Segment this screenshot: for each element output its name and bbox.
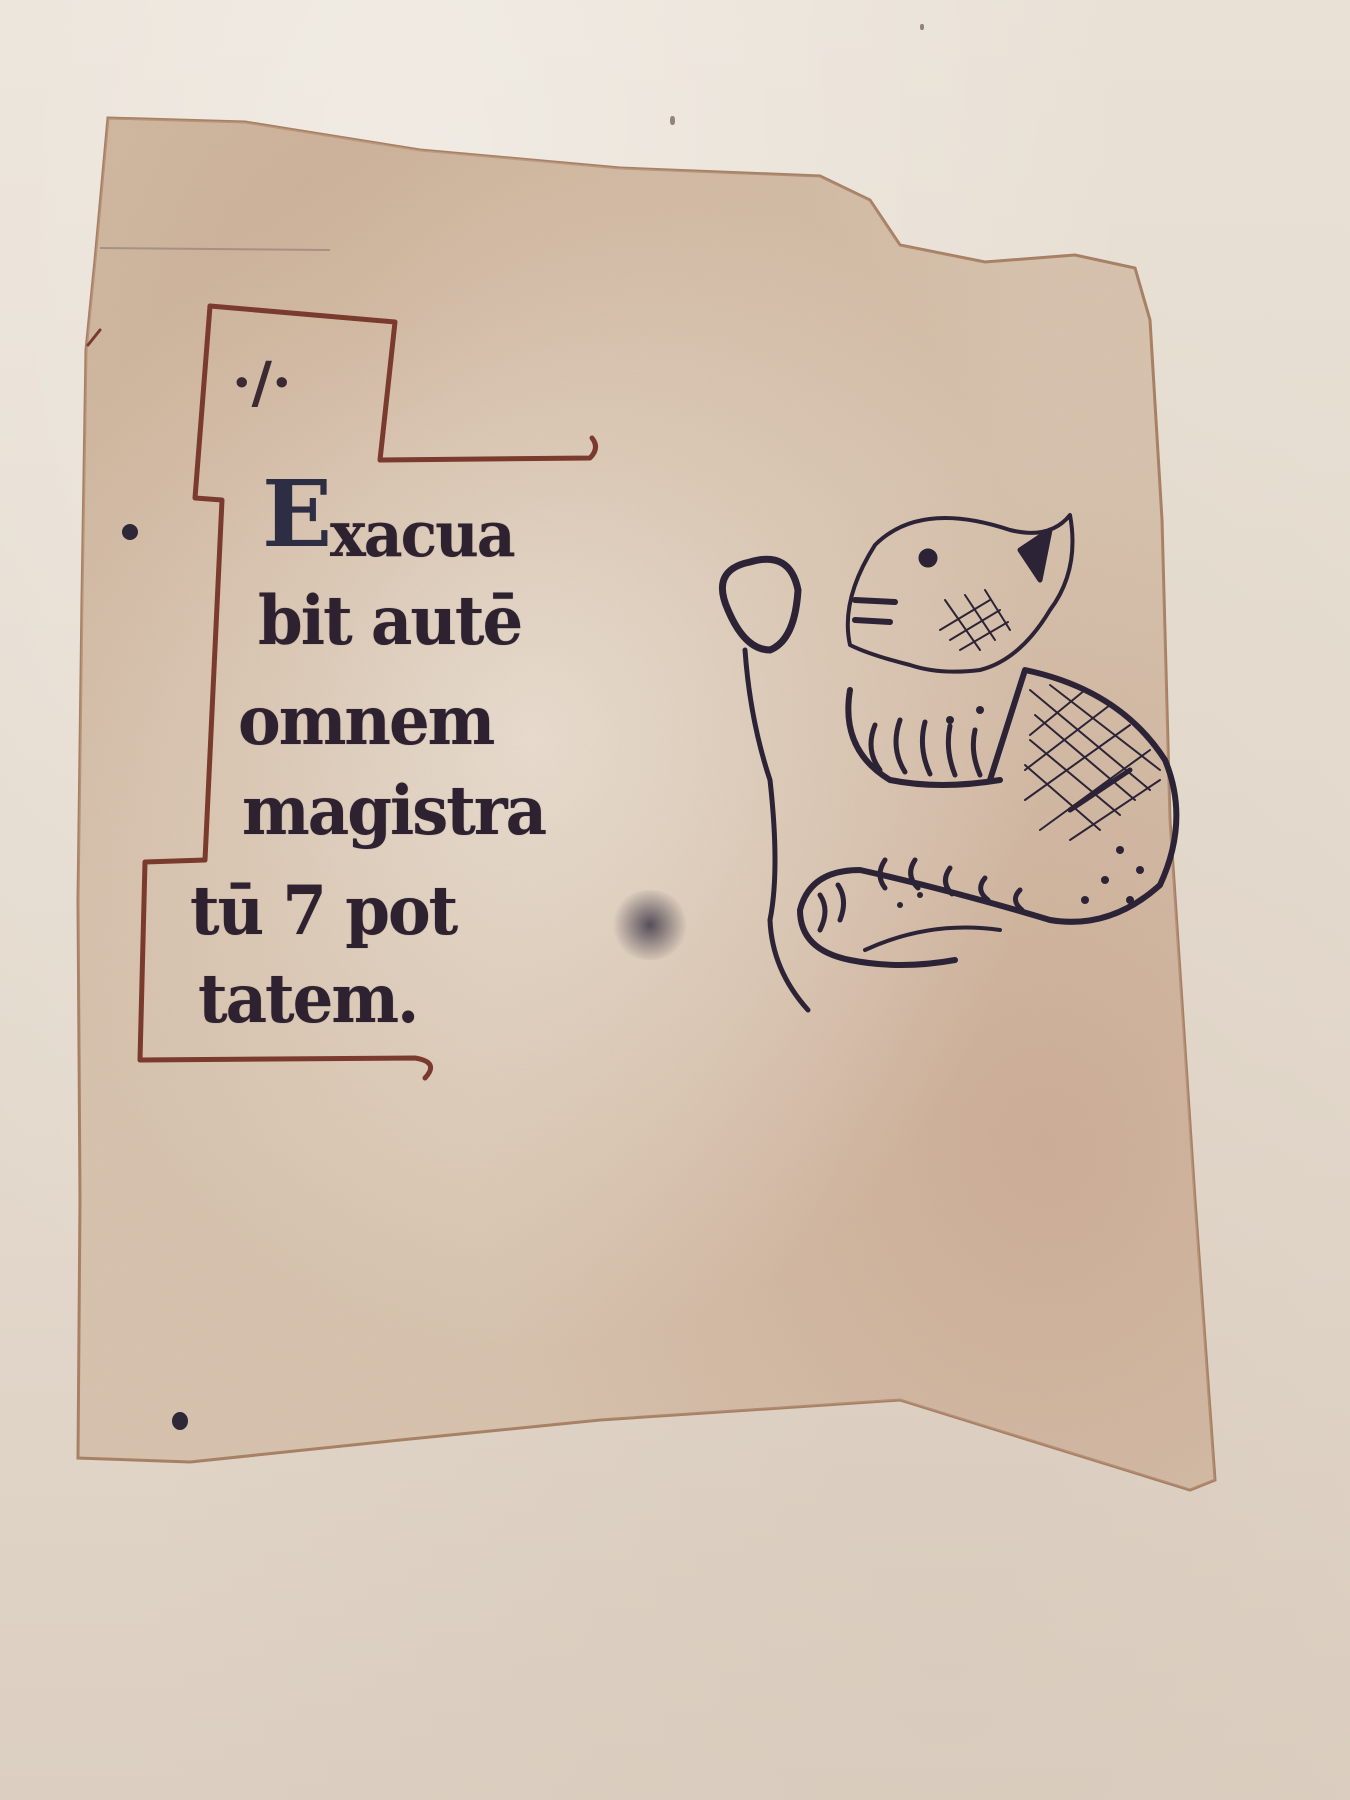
ink-dot	[172, 1412, 188, 1430]
creature-drawing-icon	[690, 490, 1230, 1030]
parchment-fragment: ·/· E xacua bit autē omnem magistra tū 7…	[0, 0, 1350, 1800]
speck	[670, 116, 675, 125]
paraph-mark: ·/·	[232, 350, 291, 416]
ink-dot	[122, 524, 138, 540]
ink-smudge	[610, 890, 690, 960]
text-line-2: bit autē	[258, 588, 521, 655]
text-line-4: magistra	[242, 778, 545, 845]
text-line-1: xacua	[330, 504, 514, 567]
text-line-5: tū 7 pot	[190, 878, 456, 945]
text-line-6: tatem.	[198, 966, 417, 1033]
text-line-3: omnem	[238, 688, 493, 755]
speck	[920, 24, 924, 30]
initial-letter: E	[262, 468, 332, 560]
